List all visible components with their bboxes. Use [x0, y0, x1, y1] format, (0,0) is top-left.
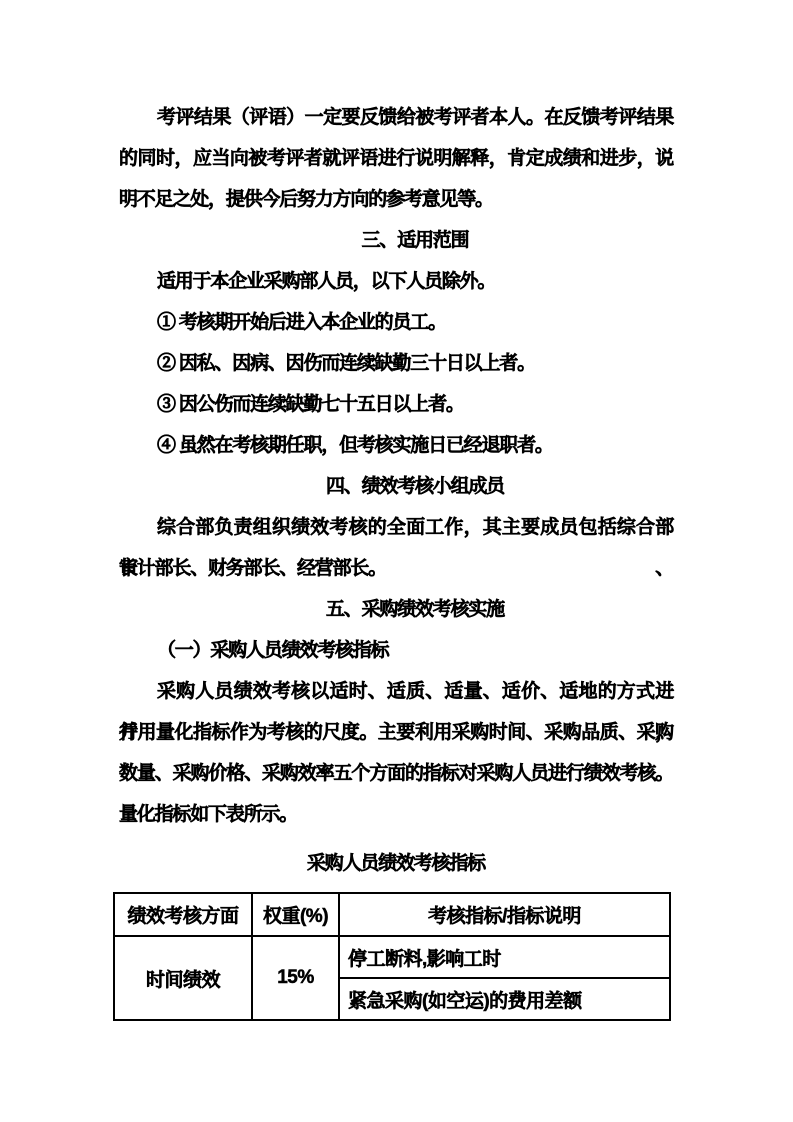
scope-intro-line: 适用于本企业采购部人员，以下人员除外。: [119, 261, 673, 302]
subsection-heading: （一）采购人员绩效考核指标: [119, 630, 673, 671]
list-item: ① 考核期开始后进入本企业的员工。: [119, 302, 673, 343]
paragraph-line: 并用量化指标作为考核的尺度。主要利用采购时间、采购品质、采购: [119, 712, 673, 753]
document-body: 考评结果（评语）一定要反馈给被考评者本人。在反馈考评结果 的同时，应当向被考评者…: [119, 97, 673, 1021]
list-item: ③ 因公伤而连续缺勤七十五日以上者。: [119, 384, 673, 425]
paragraph-line: 的同时，应当向被考评者就评语进行说明解释，肯定成绩和进步，说: [119, 138, 673, 179]
list-item: ④ 虽然在考核期任职，但考核实施日已经退职者。: [119, 425, 673, 466]
paragraph-line: 数量、采购价格、采购效率五个方面的指标对采购人员进行绩效考核。: [119, 753, 673, 794]
table-title: 采购人员绩效考核指标: [119, 843, 673, 884]
paragraph-line: 采购人员绩效考核以适时、适质、适量、适价、适地的方式进行，: [119, 671, 673, 712]
section-heading-implementation: 五、采购绩效考核实施: [119, 589, 673, 630]
column-header-indicator: 考核指标/指标说明: [339, 893, 670, 936]
paragraph-line: 量化指标如下表所示。: [119, 794, 673, 835]
column-header-weight: 权重(%): [252, 893, 339, 936]
kpi-table: 绩效考核方面 权重(%) 考核指标/指标说明 时间绩效 15% 停工断料,影响工…: [113, 892, 671, 1021]
list-item: ② 因私、因病、因伤而连续缺勤三十日以上者。: [119, 343, 673, 384]
document-page: 考评结果（评语）一定要反馈给被考评者本人。在反馈考评结果 的同时，应当向被考评者…: [0, 0, 793, 1122]
column-header-aspect: 绩效考核方面: [114, 893, 252, 936]
paragraph-line: 考评结果（评语）一定要反馈给被考评者本人。在反馈考评结果: [119, 97, 673, 138]
section-heading-team: 四、绩效考核小组成员: [119, 466, 673, 507]
paragraph-line: 综合部负责组织绩效考核的全面工作，其主要成员包括综合部长、: [119, 507, 673, 548]
section-heading-scope: 三、适用范围: [119, 220, 673, 261]
table-row: 时间绩效 15% 停工断料,影响工时: [114, 936, 670, 978]
table-header-row: 绩效考核方面 权重(%) 考核指标/指标说明: [114, 893, 670, 936]
cell-weight: 15%: [252, 936, 339, 1020]
cell-indicator: 停工断料,影响工时: [339, 936, 670, 978]
cell-indicator: 紧急采购(如空运)的费用差额: [339, 978, 670, 1020]
cell-aspect: 时间绩效: [114, 936, 252, 1020]
paragraph-line: 明不足之处，提供今后努力方向的参考意见等。: [119, 179, 673, 220]
